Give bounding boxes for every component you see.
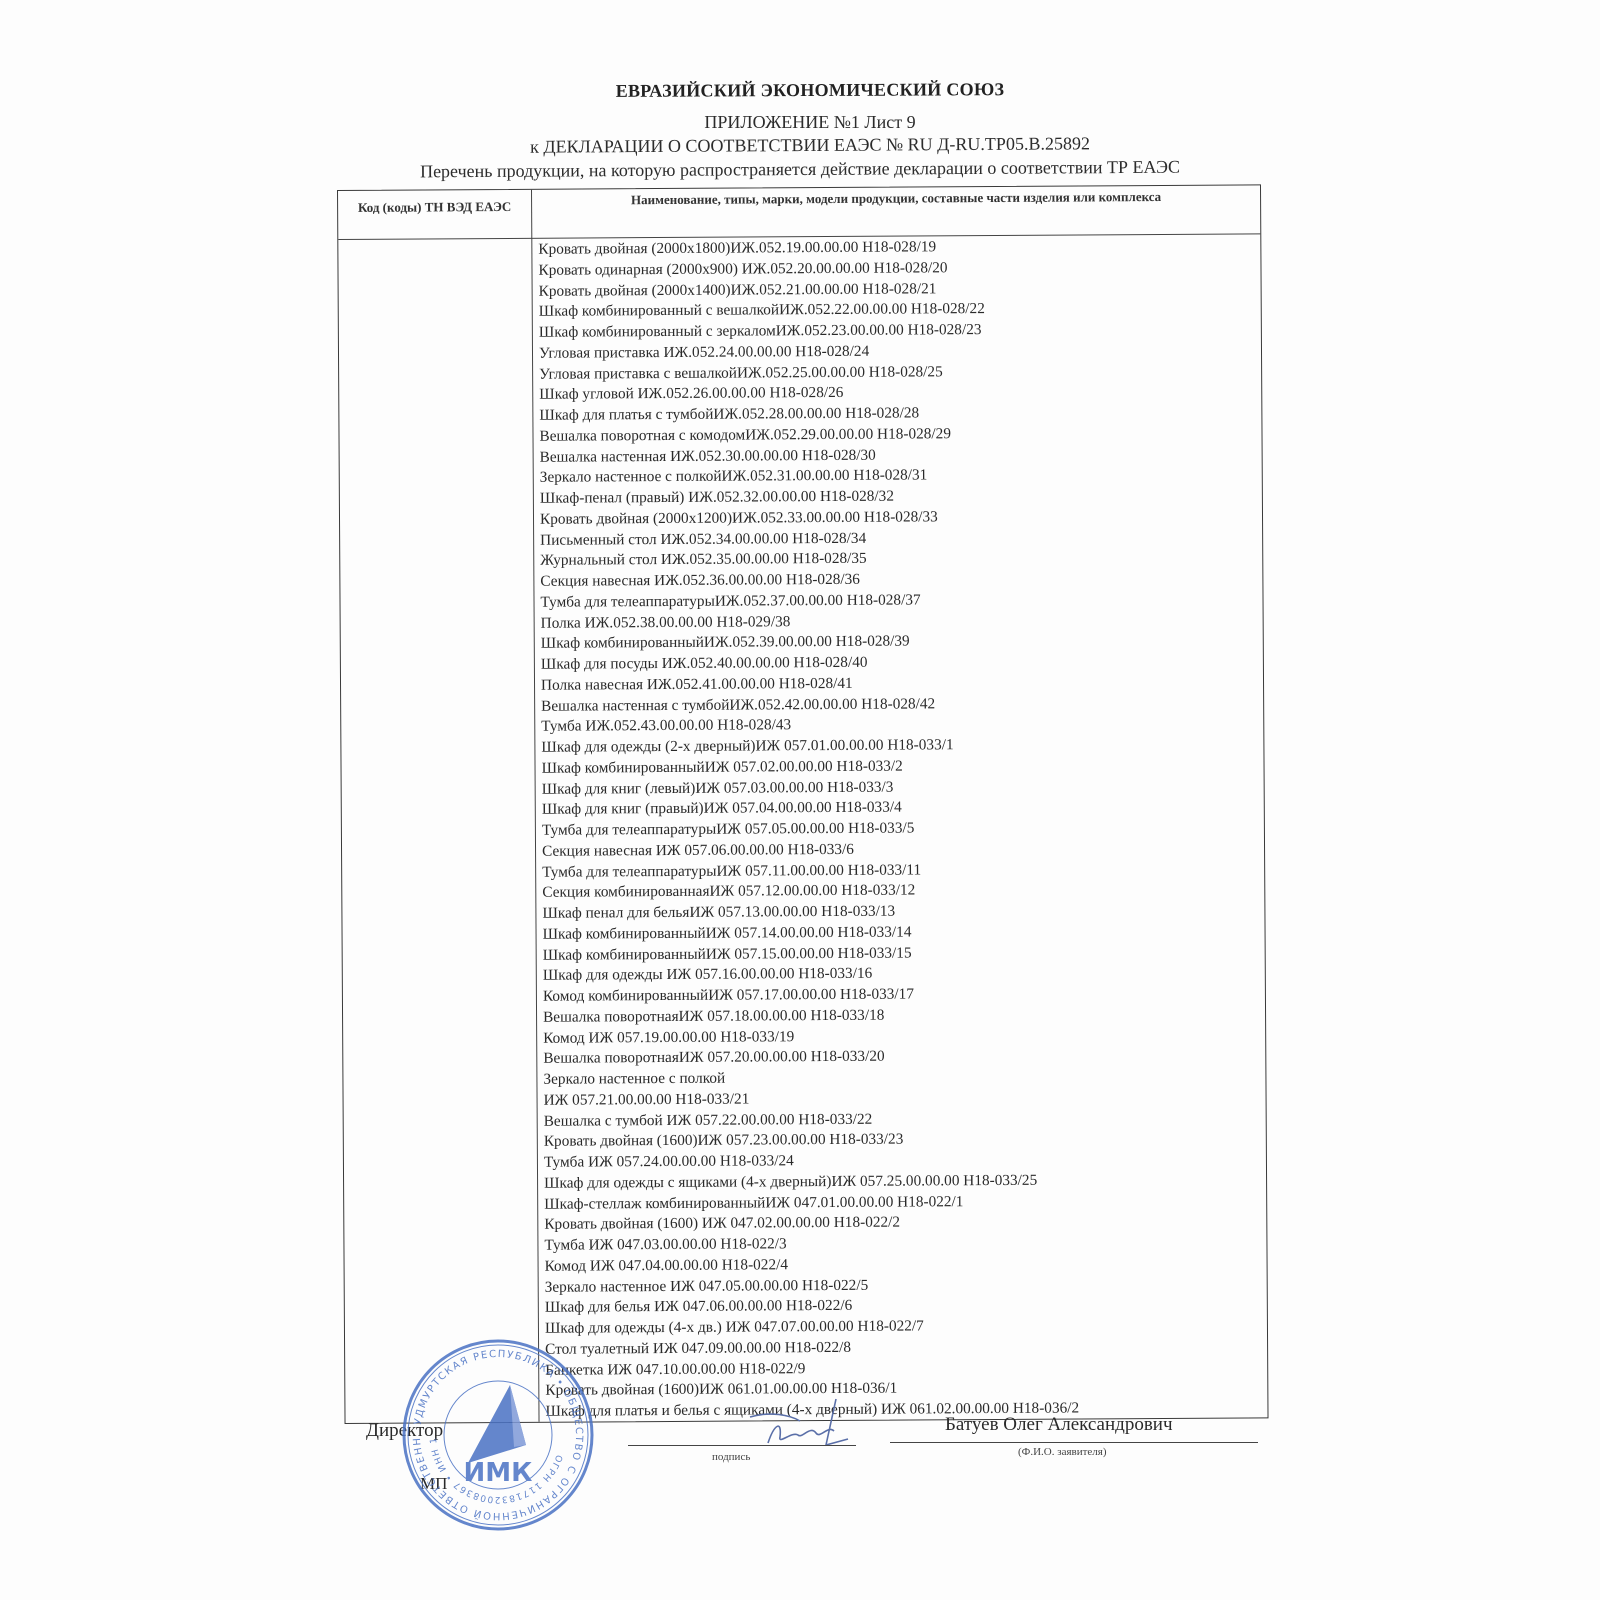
document-page: ЕВРАЗИЙСКИЙ ЭКОНОМИЧЕСКИЙ СОЮЗ ПРИЛОЖЕНИ… (0, 0, 1600, 1600)
column-header-name: Наименование, типы, марки, модели продук… (538, 188, 1254, 208)
signer-name: Батуев Олег Александрович (945, 1414, 1173, 1436)
handwritten-signature (740, 1395, 860, 1450)
appendix-title: ПРИЛОЖЕНИЕ №1 Лист 9 (10, 112, 1600, 133)
signature-caption: подпись (712, 1451, 750, 1463)
product-table: Код (коды) ТН ВЭД ЕАЭС Наименование, тип… (337, 184, 1269, 1424)
column-header-code: Код (коды) ТН ВЭД ЕАЭС (338, 198, 531, 217)
organization-title: ЕВРАЗИЙСКИЙ ЭКОНОМИЧЕСКИЙ СОЮЗ (0, 76, 1600, 104)
stamp-logo-text: ИМК (464, 1458, 533, 1488)
signature-line (628, 1445, 856, 1446)
company-seal-stamp: УДМУРТСКАЯ РЕСПУБЛИКА • ОБЩЕСТВО С ОГРАН… (398, 1335, 598, 1535)
signer-caption: (Ф.И.О. заявителя) (1018, 1446, 1107, 1458)
name-line (890, 1442, 1258, 1443)
product-list: Кровать двойная (2000x1800)ИЖ.052.19.00.… (538, 235, 1263, 1422)
